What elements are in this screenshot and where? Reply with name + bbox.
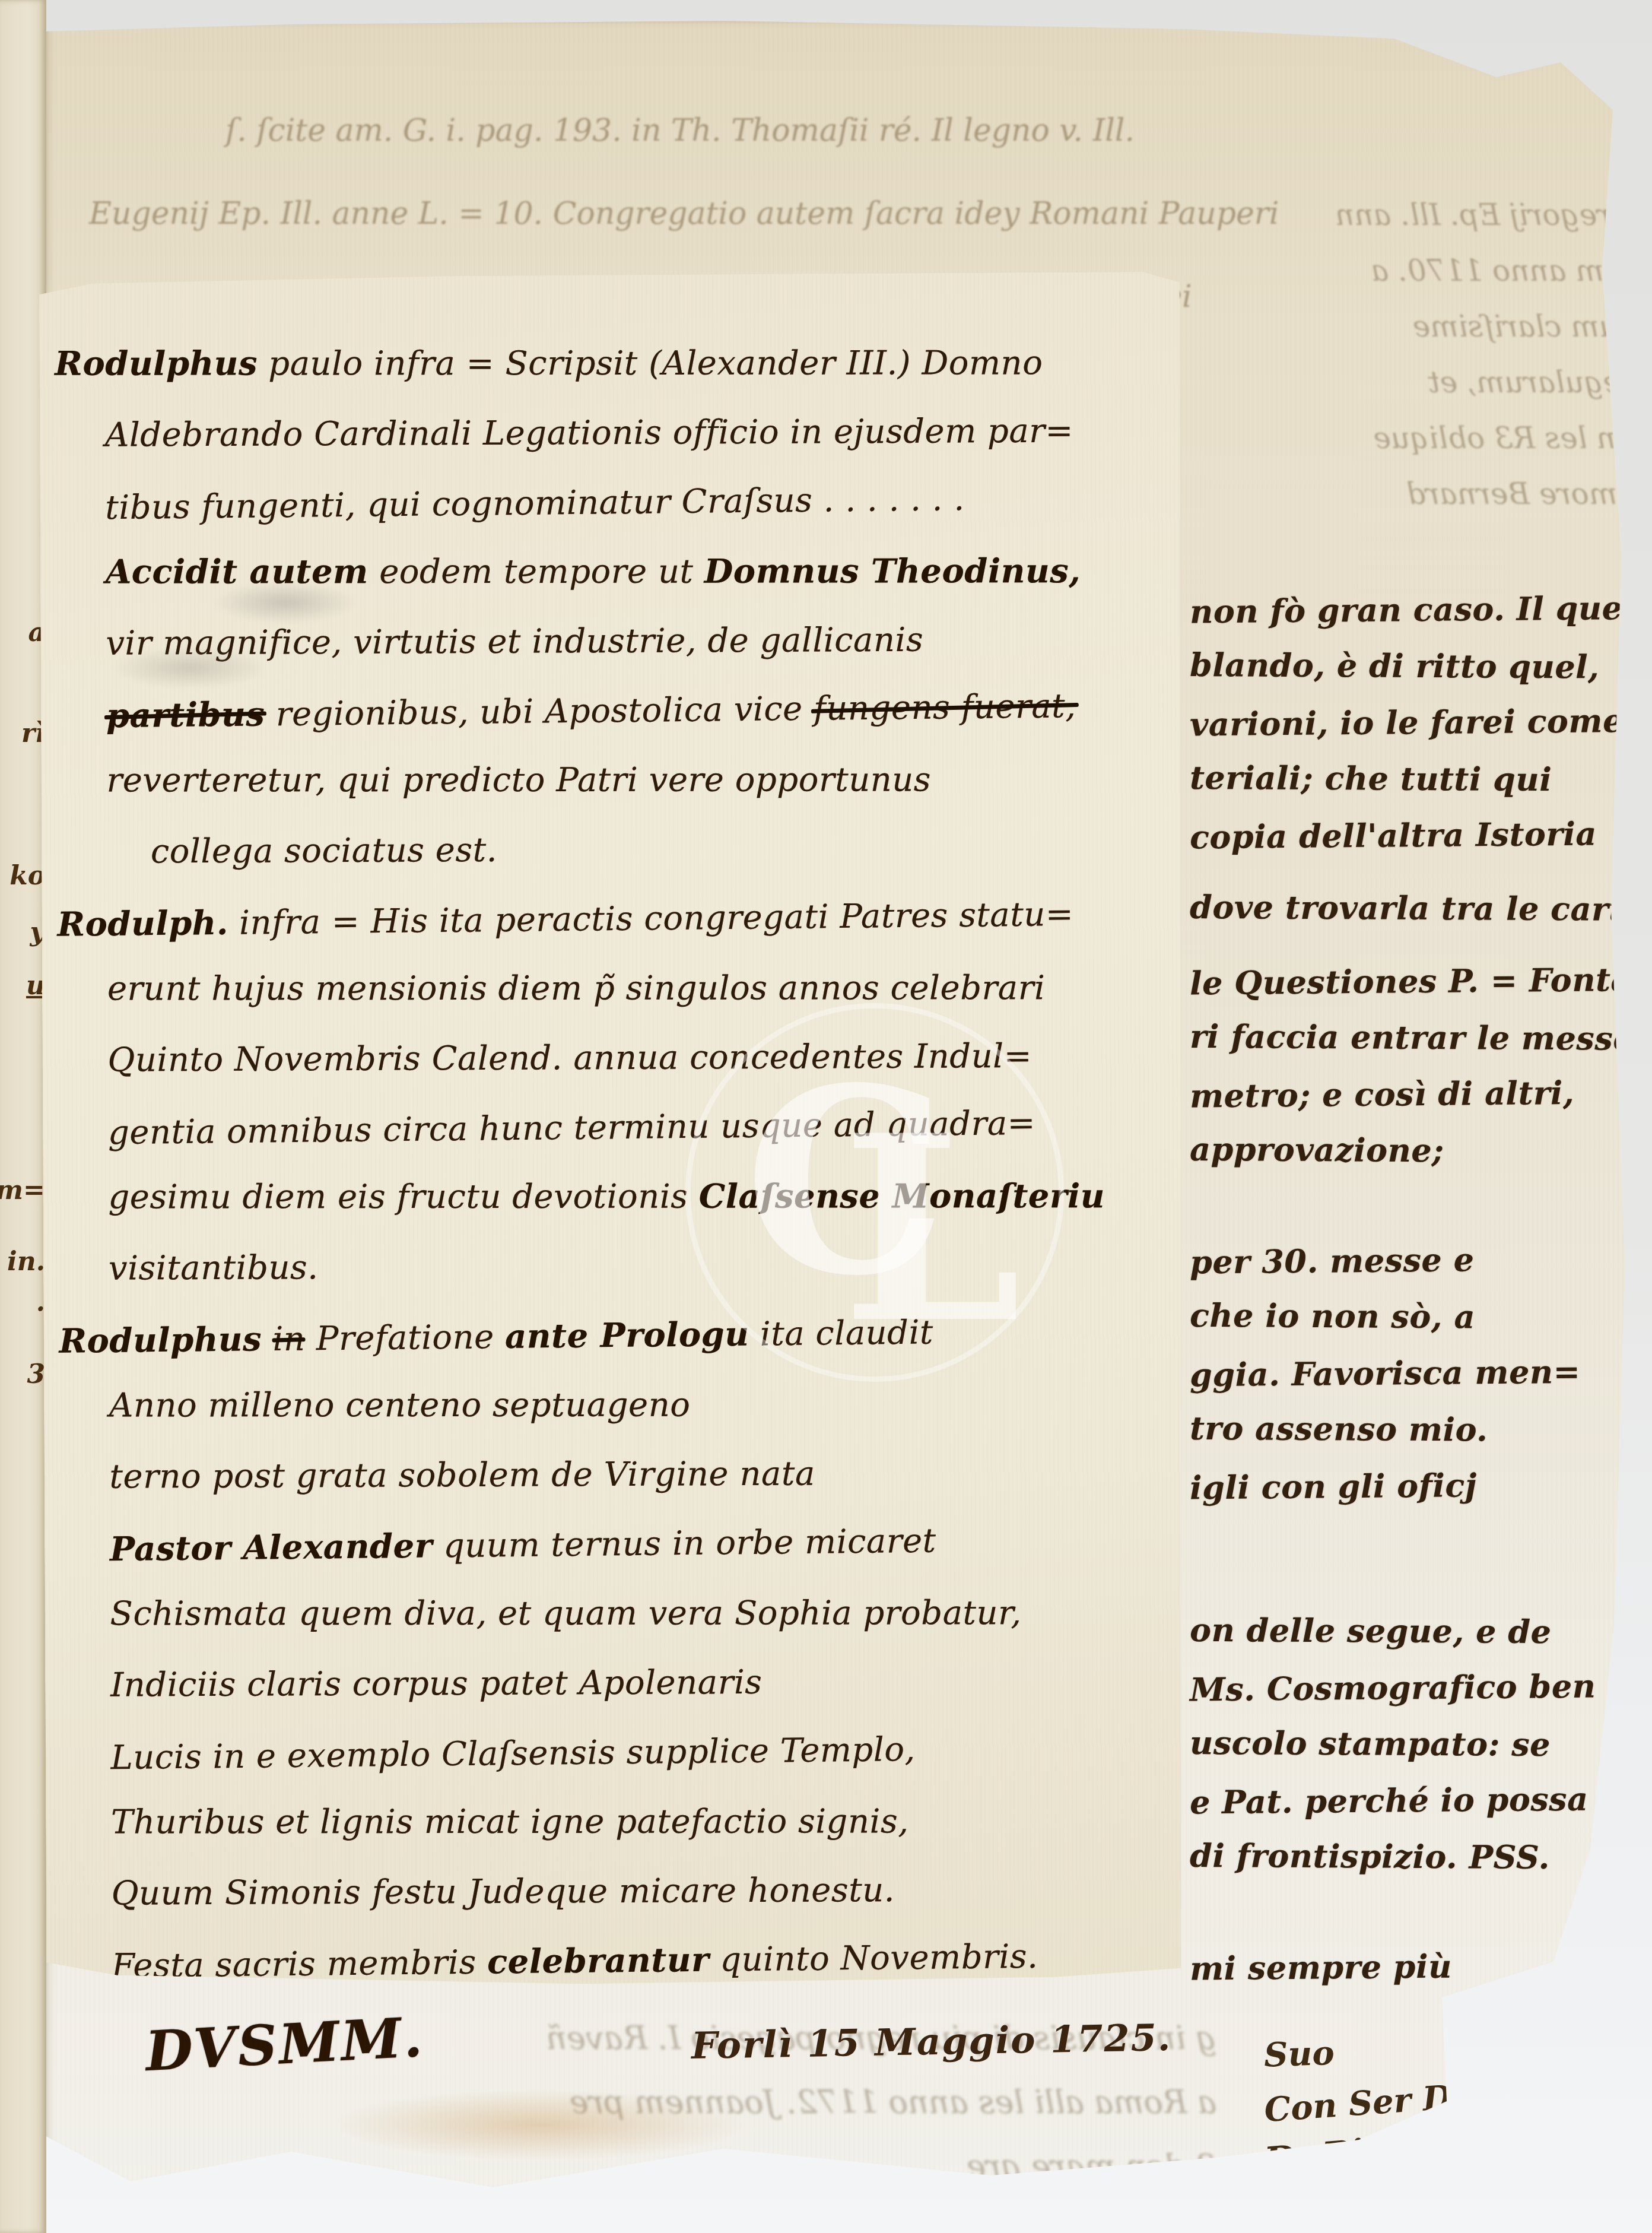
right-column-line: on delle segue, e de [1190, 1602, 1652, 1661]
manuscript-line: Quinto Novembris Calend. annua concedent… [107, 1021, 1178, 1095]
right-column-line: che io non sò, a [1190, 1287, 1652, 1346]
manuscript-text-segment: gentia omnibus circa hunc terminu usque … [108, 1104, 1036, 1152]
manuscript-text-segment: Lucis in e exemplo Claſsensis supplice T… [110, 1730, 916, 1777]
manuscript-text-segment [262, 1320, 273, 1359]
manuscript-text-segment: Rodulphus [59, 1319, 262, 1361]
manuscript-text-segment: terno post grata sobolem de Virgine nata [109, 1455, 815, 1496]
right-column-line: blando, è di ritto quel, [1190, 637, 1652, 696]
closing-devotion-line: Con Ser Devotiss ff [1263, 2064, 1644, 2130]
bleedthrough-line: amore Bernard [1196, 466, 1635, 522]
bleedthrough-line: tum anno 1170. a [1196, 243, 1635, 299]
right-column-line: non fò gran caso. Il questo [1190, 580, 1652, 640]
manuscript-text-segment: eodem tempore ut [368, 553, 704, 591]
manuscript-text-segment: collega sociatus est. [151, 831, 497, 871]
right-column-line: Ms. Cosmografico ben [1190, 1658, 1652, 1718]
right-column-line: igli con gli oficj [1190, 1456, 1652, 1517]
right-column-line: ggia. Favorisca men= [1190, 1343, 1652, 1404]
manuscript-line: gentia omnibus circa hunc terminu usque … [107, 1087, 1178, 1168]
manuscript-line: Anno milleno centeno septuageno [109, 1370, 1180, 1441]
manuscript-text-segment: quinto Novembris. [709, 1937, 1038, 1980]
bleedthrough-line: cum clariſsime [1196, 299, 1635, 354]
manuscript-line: Lucis in e exemplo Claſsensis supplice T… [110, 1712, 1181, 1793]
manuscript-text-segment: tibus fungenti, qui cognominatur Craſsus… [105, 480, 965, 527]
right-column-line: le Questiones P. = Fonta= [1190, 951, 1652, 1012]
date-line: Forlì 15 Maggio 1725. [691, 2016, 1171, 2067]
right-column-line: copia dell'altra Istoria [1190, 805, 1652, 866]
struck-text: partibus [106, 694, 265, 735]
closing-salutation: Suo Vro [1263, 2024, 1597, 2075]
manuscript-text-segment: paulo infra = Scripsit (Alexander III.) … [258, 344, 1043, 383]
right-column-line: tro assenso mio. [1190, 1400, 1652, 1459]
manuscript-text-segment: celebrantur [487, 1940, 710, 1982]
right-column-line: varioni, io le farei come [1190, 693, 1652, 753]
manuscript-text-segment: Prefatione [305, 1318, 505, 1359]
right-column-bleedthrough: Gregorij Ep. Ill. anntum anno 1170. acum… [1196, 187, 1635, 522]
manuscript-text-segment: Domnus Theodinus, [704, 551, 1081, 591]
manuscript-text-segment: Quinto Novembris Calend. annua concedent… [107, 1037, 1032, 1080]
manuscript-line: Pastor Alexander quum ternus in orbe mic… [109, 1504, 1180, 1584]
right-column-line: uscolo stampato: se [1190, 1715, 1652, 1774]
manuscript-text-segment: Schismata quem diva, et quam vera Sophia… [110, 1594, 1022, 1633]
closing-vro: Vro [1530, 2024, 1597, 2066]
right-column-line: metro; e così di altri, [1190, 1064, 1652, 1125]
manuscript-line: terno post grata sobolem de Virgine nata [109, 1438, 1180, 1512]
manuscript-text-segment: ante Prologu [505, 1315, 749, 1356]
manuscript-line: Aldebrando Cardinali Legationis officio … [105, 396, 1176, 470]
manuscript-line: collega sociatus est. [151, 813, 1177, 887]
manuscript-line: visitantibus. [109, 1229, 1179, 1303]
manuscript-text-segment: reverteretur, qui predicto Patri vere op… [106, 760, 931, 800]
bleedthrough-line: Gregorij Ep. Ill. ann [1196, 187, 1635, 243]
signature-pietro-canneti: D. Pietro Canneti. [1263, 2107, 1645, 2182]
manuscript-line: partibus regionibus, ubi Apostolica vice… [106, 670, 1177, 751]
manuscript-text-segment: ita claudit [749, 1313, 933, 1353]
faded-text-line: ſ. ſcite am. G. i. pag. 193. in Th. Thom… [77, 89, 1584, 172]
manuscript-text-segment: visitantibus. [109, 1248, 319, 1288]
manuscript-line: Rodulphus paulo infra = Scripsit (Alexan… [55, 328, 1175, 399]
manuscript-text-segment: gesimu diem eis fructu devotionis [108, 1178, 698, 1217]
right-column-line: di frontispizio. PSS. [1190, 1828, 1652, 1886]
right-column-line: ri faccia entrar le messe [1190, 1008, 1652, 1067]
cut-off-letter-fragment: m= [0, 1175, 45, 1206]
foxing-stain [113, 647, 267, 689]
manuscript-line: Indiciis claris corpus patet Apolenaris [110, 1646, 1181, 1720]
manuscript-line: gesimu diem eis fructu devotionis Claſse… [108, 1162, 1178, 1232]
struck-text: in [272, 1319, 306, 1359]
cut-off-letter-fragment: in. [7, 1246, 45, 1277]
cut-off-letter-fragment: ko [9, 861, 45, 891]
manuscript-text-segment: Rodulph. [57, 903, 228, 944]
manuscript-text-segment: Rodulphus [55, 344, 258, 383]
bleedthrough-line: g in clausis di piu regno pagesio I. Rav… [113, 2006, 1216, 2070]
right-column-line: e Pat. perché io possa [1190, 1771, 1652, 1831]
manuscript-text-segment: regionibus, ubi Apostolica vice [265, 690, 814, 734]
manuscript-photo: ſ. ſcite am. G. i. pag. 193. in Th. Thom… [0, 0, 1652, 2233]
right-column-italian-text: non fò gran caso. Il questoblando, è di … [1190, 582, 1652, 1995]
right-column-line: teriali; che tutti qui [1190, 750, 1652, 808]
closing-signature-block: Suo Vro Con Ser Devotiss ff D. Pietro Ca… [1264, 2030, 1644, 2165]
manuscript-text-segment: Anno milleno centeno septuageno [109, 1386, 690, 1425]
manuscript-line: tibus fungenti, qui cognominatur Craſsus… [105, 462, 1176, 543]
bleedthrough-line: un les R3 oblique [1196, 410, 1635, 466]
faded-text-line: Eugenij Ep. Ill. anne L. = 10. Congregat… [77, 172, 1584, 255]
foxing-stain [214, 582, 356, 623]
manuscript-line: Schismata quem diva, et quam vera Sophia… [110, 1578, 1180, 1649]
right-column-line: mi sempre più [1190, 1937, 1652, 1997]
foxing-stain [332, 2089, 748, 2161]
manuscript-text-segment: Pastor Alexander [110, 1527, 433, 1569]
overlay-letter-sheet: Rodulphus paulo infra = Scripsit (Alexan… [39, 272, 1187, 1995]
manuscript-text-segment: infra = His ita peractis congregati Patr… [228, 895, 1074, 943]
struck-text: fungens fuerat, [814, 687, 1076, 728]
manuscript-text-segment: Quum Simonis festu Judeque micare honest… [111, 1871, 895, 1913]
manuscript-text-segment: Claſsense Monaſteriu [699, 1176, 1105, 1216]
right-column-line: approvazione; [1190, 1121, 1652, 1180]
bleedthrough-line: regularum, et [1196, 354, 1635, 410]
manuscript-text-segment: Indiciis claris corpus patet Apolenaris [110, 1663, 763, 1705]
scribal-abbreviation: DVSMM. [144, 2005, 425, 2083]
manuscript-line: Rodulph. infra = His ita peractis congre… [57, 878, 1178, 960]
manuscript-line: Quum Simonis festu Judeque micare honest… [111, 1854, 1181, 1928]
overlay-letter-text: Rodulphus paulo infra = Scripsit (Alexan… [47, 326, 1182, 1998]
closing-suo: Suo [1263, 2034, 1335, 2075]
right-column-line: per 30. messe e [1190, 1230, 1652, 1291]
manuscript-text-segment: quum ternus in orbe micaret [432, 1522, 936, 1566]
manuscript-line: Rodulphus in Prefatione ante Prologu ita… [59, 1295, 1180, 1376]
right-column-line: dove trovarla tra le carte. [1190, 879, 1652, 938]
manuscript-text-segment: Aldebrando Cardinali Legationis officio … [105, 412, 1073, 455]
cut-off-letter-fragment: 3 [27, 1359, 45, 1390]
manuscript-text-segment: erunt hujus mensionis diem p̃ singulos a… [107, 969, 1045, 1008]
manuscript-line: erunt hujus mensionis diem p̃ singulos a… [107, 953, 1178, 1024]
manuscript-line: Thuribus et lignis micat igne patefactio… [111, 1787, 1181, 1857]
manuscript-text-segment: Thuribus et lignis micat igne patefactio… [111, 1802, 908, 1841]
manuscript-line: reverteretur, qui predicto Patri vere op… [106, 745, 1177, 816]
